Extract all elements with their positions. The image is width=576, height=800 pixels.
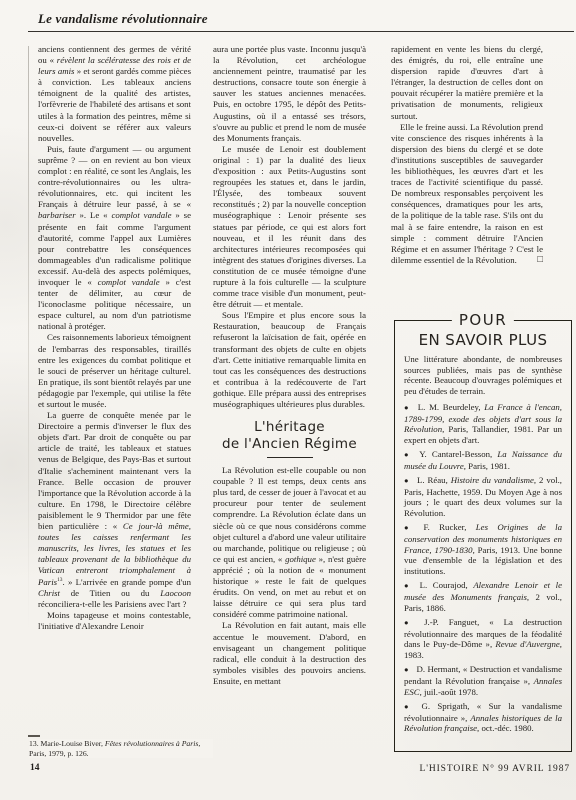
- sidebar-title-main: EN SAVOIR PLUS: [404, 331, 562, 349]
- bullet-icon: ●: [404, 403, 418, 412]
- bullet-icon: ●: [404, 450, 419, 459]
- column-1: anciens contiennent des germes de vérité…: [38, 44, 191, 742]
- column-3: rapidement en vente les biens du clergé,…: [391, 44, 543, 308]
- column-3-text: rapidement en vente les biens du clergé,…: [391, 44, 543, 266]
- bullet-icon: ●: [404, 618, 424, 627]
- section-heading-line2: de l'Ancien Régime: [222, 436, 357, 452]
- pour-en-savoir-plus-box: POUR EN SAVOIR PLUS Une littérature abon…: [394, 320, 572, 752]
- bibliography-list: ● L. M. Beurdeley, La France à l'encan, …: [404, 402, 562, 734]
- bibliography-entry: ● D. Hermant, « Destruction et vandalism…: [404, 664, 562, 697]
- article-paragraph: Ces raisonnements laborieux témoignent d…: [38, 332, 191, 410]
- article-paragraph: Moins tapageuse et moins contestable, l'…: [38, 610, 191, 632]
- article-paragraph: Sous l'Empire et plus encore sous la Res…: [213, 310, 366, 410]
- header-rule: [28, 31, 574, 32]
- footnote-rule: [28, 735, 40, 737]
- article-paragraph: La Révolution en fait autant, mais elle …: [213, 620, 366, 687]
- article-paragraph: Puis, faute d'argument — ou argument sup…: [38, 144, 191, 333]
- bibliography-entry: ● L. Courajod, Alexandre Lenoir et le mu…: [404, 580, 562, 613]
- page-number: 14: [30, 763, 40, 773]
- bullet-icon: ●: [404, 702, 421, 711]
- article-paragraph: Elle le freine aussi. La Révolution pren…: [391, 122, 543, 266]
- bibliography-entry: ● L. Réau, Histoire du vandalisme, 2 vol…: [404, 475, 562, 519]
- bibliography-entry: ● J.-P. Fanguet, « La destruction révolu…: [404, 617, 562, 661]
- section-heading-line1: L'héritage: [254, 419, 325, 435]
- magazine-page-scan: Le vandalisme révolutionnaire anciens co…: [0, 0, 576, 800]
- section-heading: L'héritagede l'Ancien Régime: [213, 419, 366, 452]
- article-paragraph: La Révolution est-elle coupable ou non c…: [213, 465, 366, 620]
- bibliography-entry: ● G. Sprigath, « Sur la vandalisme révol…: [404, 701, 562, 734]
- column-2-top: aura une portée plus vaste. Inconnu jusq…: [213, 44, 366, 410]
- bibliography-entry: ● Y. Cantarel-Besson, La Naissance du mu…: [404, 449, 562, 471]
- article-paragraph: anciens contiennent des germes de vérité…: [38, 44, 191, 144]
- scan-gutter-line: [28, 46, 29, 631]
- bullet-icon: ●: [404, 523, 423, 532]
- bullet-icon: ●: [404, 581, 420, 590]
- bullet-icon: ●: [404, 476, 417, 485]
- footnote: 13. Marie-Louise Biver, Fêtes révolution…: [29, 739, 213, 758]
- sidebar-title-top: POUR: [452, 311, 514, 329]
- running-head-title: Le vandalisme révolutionnaire: [38, 11, 208, 27]
- bibliography-entry: ● F. Rucker, Les Origines de la conserva…: [404, 522, 562, 577]
- article-paragraph: rapidement en vente les biens du clergé,…: [391, 44, 543, 122]
- section-heading-rule: [267, 457, 313, 458]
- sidebar-intro: Une littérature abondante, de nombreuses…: [404, 354, 562, 397]
- end-of-article-mark: □: [537, 255, 543, 265]
- article-paragraph: La guerre de conquête menée par le Direc…: [38, 410, 191, 610]
- column-2-bottom: La Révolution est-elle coupable ou non c…: [213, 465, 366, 687]
- bullet-icon: ●: [404, 665, 417, 674]
- footer-journal-info: L'HISTOIRE N° 99 AVRIL 1987: [420, 764, 571, 774]
- column-2: aura une portée plus vaste. Inconnu jusq…: [213, 44, 366, 760]
- article-paragraph: aura une portée plus vaste. Inconnu jusq…: [213, 44, 366, 144]
- bibliography-entry: ● L. M. Beurdeley, La France à l'encan, …: [404, 402, 562, 446]
- article-paragraph: Le musée de Lenoir est doublement origin…: [213, 144, 366, 310]
